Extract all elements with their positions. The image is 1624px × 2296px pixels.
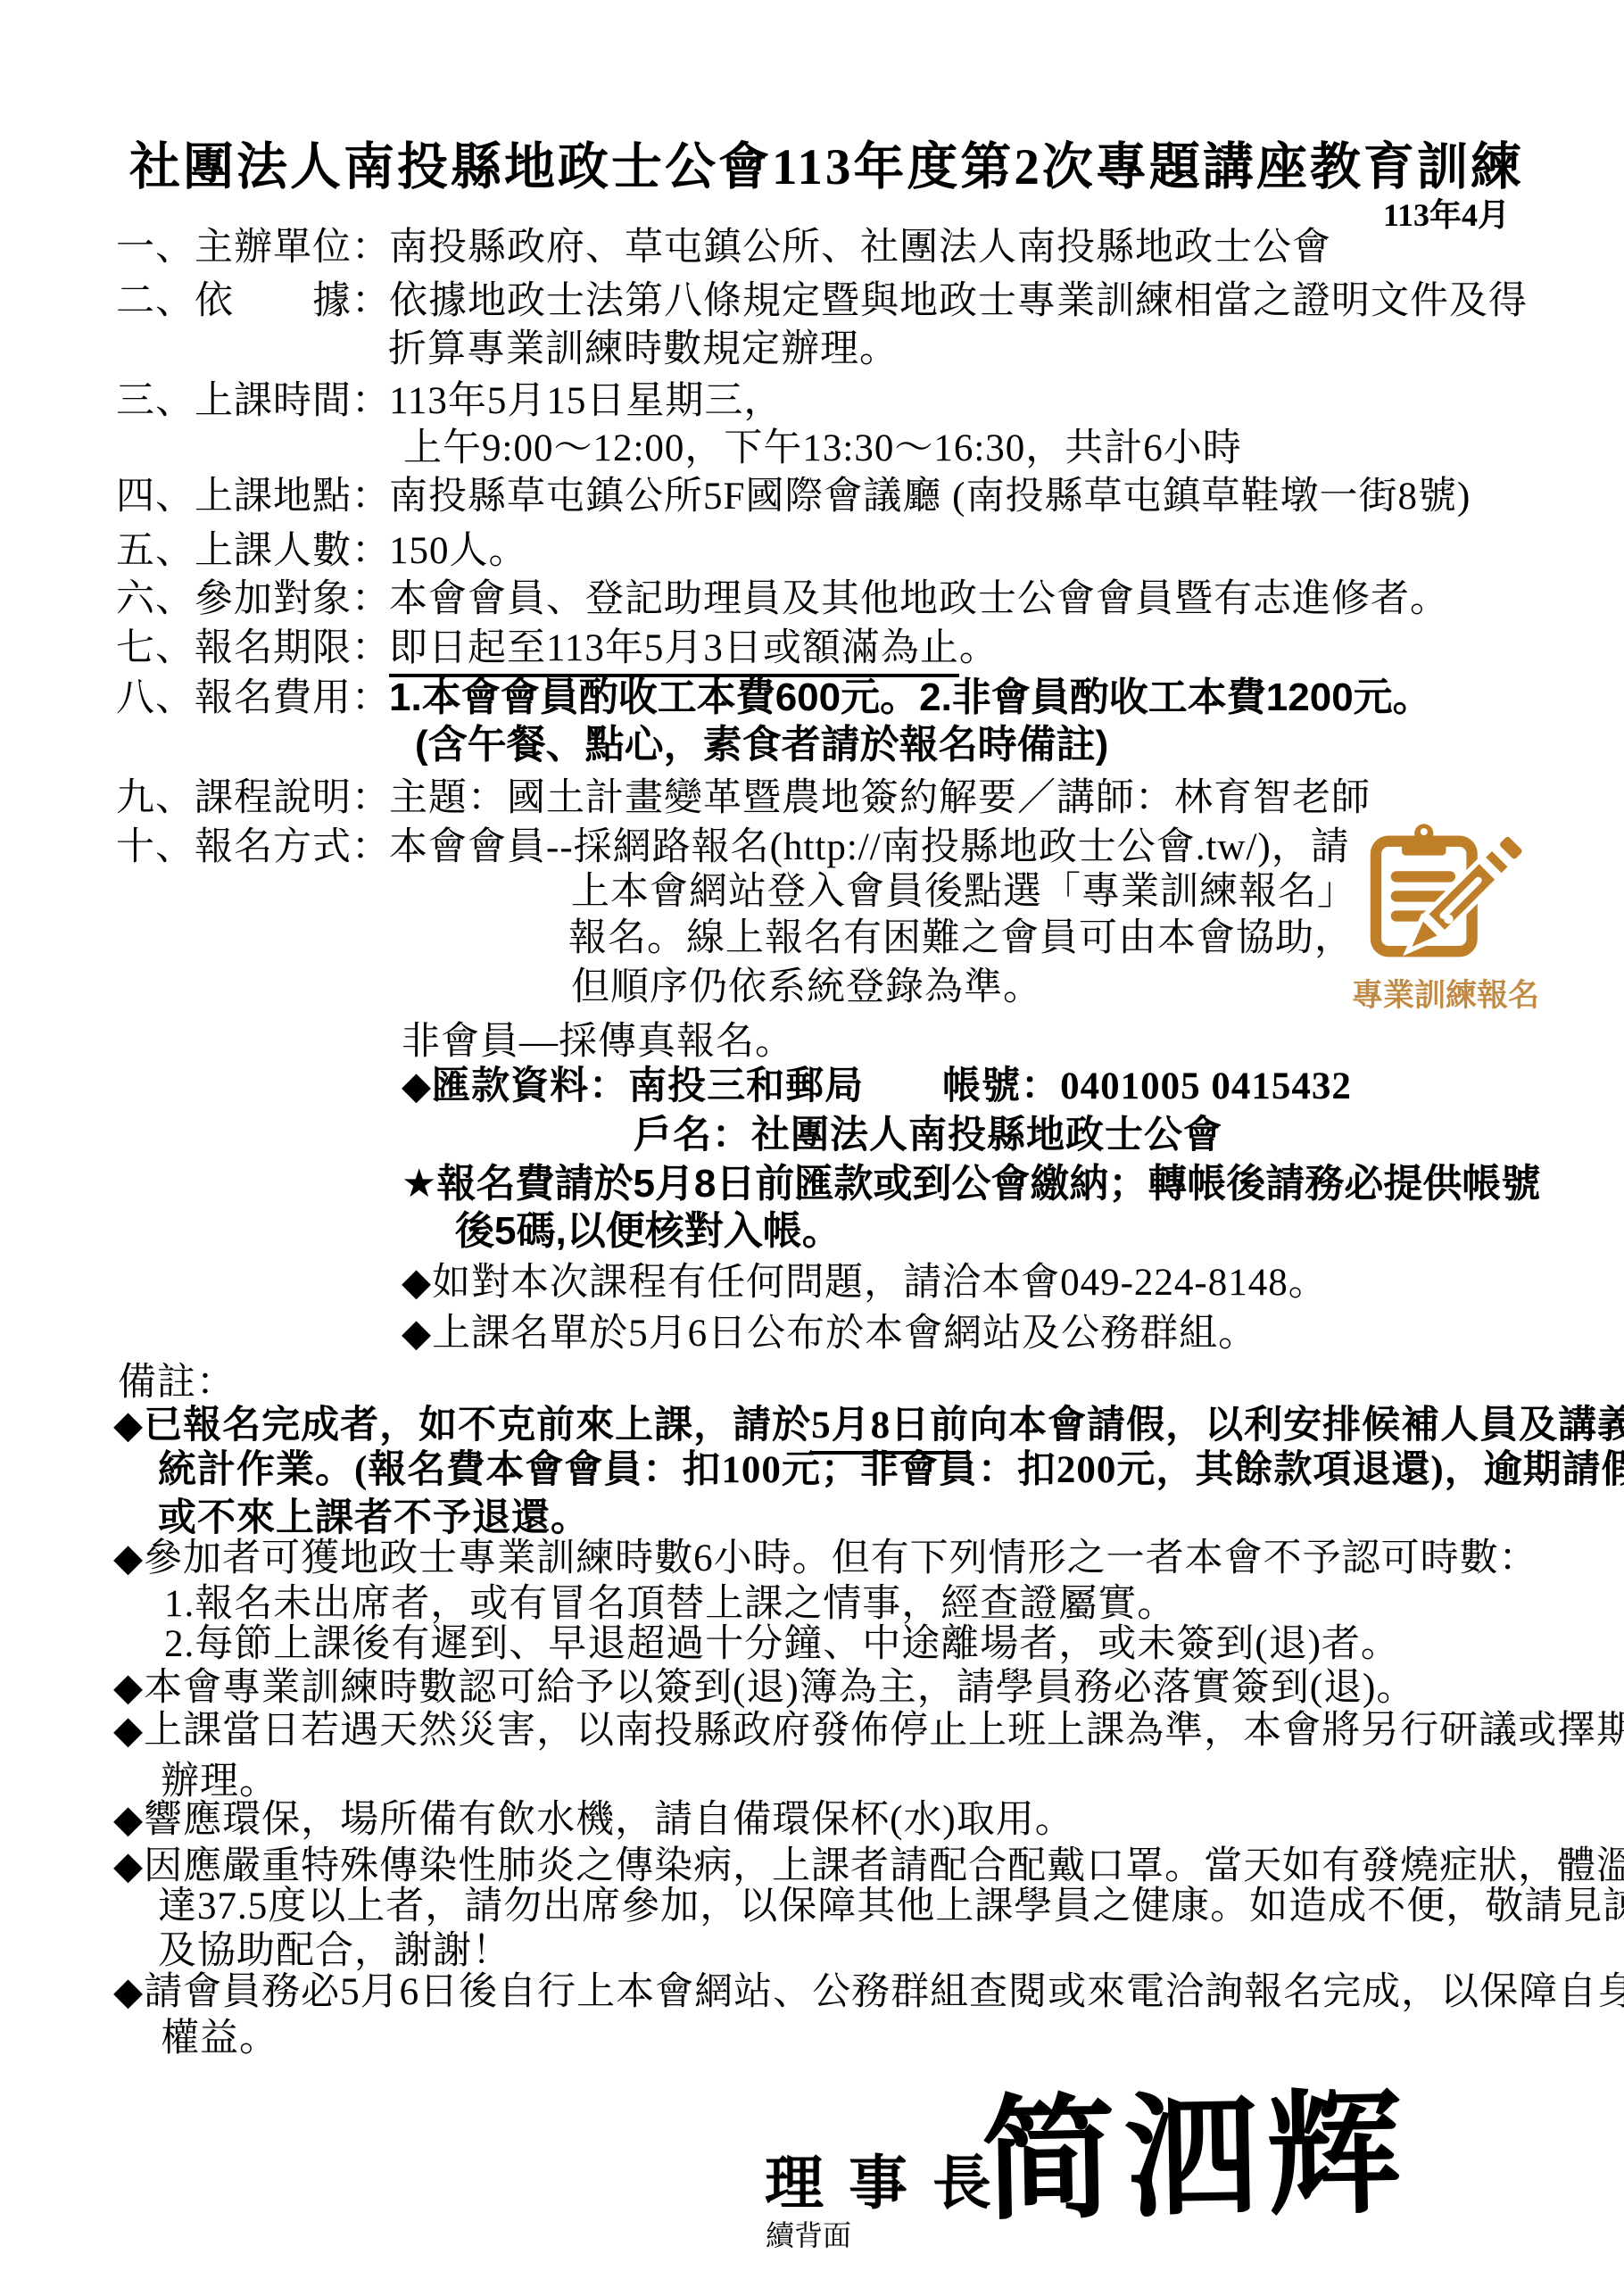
note-3-line: ◆本會專業訓練時數認可給予以簽到(退)簿為主，請學員務必落實簽到(退)。 (113, 1669, 1415, 1707)
item-6: 六、參加對象：本會會員、登記助理員及其他地政士公會會員暨有志進修者。 (116, 580, 1449, 618)
fee-payment-note-line-1: ★報名費請於5月8日前匯款或到公會繳納；轉帳後請務必提供帳號 (402, 1165, 1540, 1204)
item-8: 八、報名費用：1.本會會員酌收工本費600元。2.非會員酌收工本費1200元。 (116, 678, 1432, 717)
note-6-line-3: 及協助配合，謝謝！ (158, 1932, 511, 1970)
note-1-deadline-underlined: 5月8日前 (811, 1405, 969, 1455)
item-1-text: 南投縣政府、草屯鎮公所、社團法人南投縣地政士公會 (389, 227, 1331, 269)
item-2-text-wrap: 折算專業訓練時數規定辦理。 (388, 330, 899, 369)
note-6-line-1: ◆因應嚴重特殊傳染性肺炎之傳染病，上課者請配合配戴口罩。當天如有發燒症狀，體溫 (113, 1847, 1624, 1886)
item-1-label: 一、主辦單位： (116, 228, 389, 267)
note-1-pre: ◆已報名完成者，如不克前來上課，請於 (113, 1405, 811, 1446)
item-7: 七、報名期限：即日起至113年5月3日或額滿為止。 (116, 629, 998, 667)
item-5-label: 五、上課人數： (116, 532, 389, 570)
account-name-line: 戶名：社團法人南投縣地政士公會 (634, 1116, 1222, 1155)
note-1-line-3: 或不來上課者不予退還。 (158, 1499, 590, 1538)
issue-date: 113年4月 (1383, 190, 1510, 236)
item-3-label: 三、上課時間： (116, 382, 389, 420)
note-2-line-3: 2.每節上課後有遲到、早退超過十分鐘、中途離場者，或未簽到(退)者。 (164, 1625, 1400, 1663)
item-6-label: 六、參加對象： (116, 580, 389, 618)
item-8-fees-note: (含午餐、點心，素食者請於報名時備註) (415, 725, 1108, 765)
item-9: 九、課程說明：主題：國土計畫變革暨農地簽約解要／講師：林育智老師 (116, 779, 1371, 817)
fee-payment-note-line-2: 後5碼,以便核對入帳。 (455, 1212, 841, 1251)
note-7-line-2: 權益。 (161, 2019, 278, 2058)
contact-phone-line: ◆如對本次課程有任何問題，請洽本會049-224-8148。 (402, 1264, 1328, 1302)
roster-announcement-line: ◆上課名單於5月6日公布於本會網站及公務群組。 (402, 1314, 1257, 1353)
item-10-text-wrap-3: 但順序仍依系統登錄為準。 (571, 968, 1042, 1007)
note-1-post: 向本會請假，以利安排候補人員及講義 (969, 1405, 1624, 1446)
item-10-label: 十、報名方式： (116, 828, 389, 866)
item-10-text-wrap-2: 報名。線上報名有困難之會員可由本會協助， (568, 919, 1354, 957)
item-6-text: 本會會員、登記助理員及其他地政士公會會員暨有志進修者。 (389, 578, 1449, 620)
item-5-text: 150人。 (389, 530, 528, 572)
item-2-label: 二、依 據： (116, 282, 389, 320)
item-5: 五、上課人數：150人。 (116, 532, 528, 570)
clipboard-icon (1376, 824, 1527, 960)
item-2: 二、依 據：依據地政士法第八條規定暨與地政士專業訓練相當之證明文件及得 (116, 282, 1528, 320)
continued-on-back-note: 續背面 (766, 2213, 851, 2254)
item-10-text: 本會會員--採網路報名(http://南投縣地政士公會.tw/)，請 (389, 826, 1350, 868)
note-6-line-2: 達37.5度以上者，請勿出席參加，以保障其他上課學員之健康。如造成不便，敬請見諒 (158, 1887, 1624, 1926)
item-3-text-wrap: 上午9:00～12:00，下午13:30～16:30，共計6小時 (403, 429, 1242, 468)
note-7-line-1: ◆請會員務必5月6日後自行上本會網站、公務群組查閱或來電洽詢報名完成，以保障自身 (113, 1973, 1624, 2011)
item-9-label: 九、課程說明： (116, 779, 389, 817)
item-7-text-end: 。 (959, 627, 998, 669)
note-5-line: ◆響應環保，場所備有飲水機，請自備環保杯(水)取用。 (113, 1801, 1074, 1839)
chairman-signature: 简泗辉 (980, 2045, 1412, 2245)
note-1-line-2: 統計作業。(報名費本會會員：扣100元；非會員：扣200元，其餘款項退還)，逾期… (158, 1451, 1624, 1489)
training-registration-icon (1360, 819, 1538, 973)
item-4: 四、上課地點：南投縣草屯鎮公所5F國際會議廳 (南投縣草屯鎮草鞋墩一街8號) (116, 477, 1471, 516)
note-4-line-2: 辦理。 (161, 1762, 278, 1801)
chairman-title: 理事長 (765, 2135, 1016, 2220)
item-10: 十、報名方式：本會會員--採網路報名(http://南投縣地政士公會.tw/)，… (116, 828, 1350, 866)
note-1-line-1: ◆已報名完成者，如不克前來上課，請於5月8日前向本會請假，以利安排候補人員及講義 (113, 1406, 1624, 1445)
item-4-text: 南投縣草屯鎮公所5F國際會議廳 (南投縣草屯鎮草鞋墩一街8號) (389, 476, 1471, 518)
remittance-info-line: ◆匯款資料：南投三和郵局 帳號：0401005 0415432 (402, 1067, 1352, 1106)
item-2-text: 依據地政士法第八條規定暨與地政士專業訓練相當之證明文件及得 (389, 280, 1528, 322)
item-8-fees: 1.本會會員酌收工本費600元。2.非會員酌收工本費1200元。 (389, 676, 1432, 719)
item-8-label: 八、報名費用： (116, 679, 389, 717)
training-registration-icon-label: 專業訓練報名 (1346, 971, 1545, 1015)
item-4-label: 四、上課地點： (116, 477, 389, 516)
item-3: 三、上課時間：113年5月15日星期三， (116, 382, 783, 420)
item-9-text: 主題：國土計畫變革暨農地簽約解要／講師：林育智老師 (389, 777, 1371, 819)
page-title: 社團法人南投縣地政士公會113年度第2次專題講座教育訓練 (129, 126, 1557, 199)
item-3-text: 113年5月15日星期三， (389, 380, 783, 422)
item-10-text-wrap-1: 上本會網站登入會員後點選「專業訓練報名」 (571, 873, 1356, 911)
item-7-deadline-underlined: 即日起至113年5月3日或額滿為止 (389, 627, 959, 677)
item-7-label: 七、報名期限： (116, 629, 389, 667)
notes-heading: 備註： (118, 1364, 236, 1402)
note-2-line-2: 1.報名未出席者，或有冒名頂替上課之情事，經查證屬實。 (164, 1585, 1176, 1623)
item-1: 一、主辦單位：南投縣政府、草屯鎮公所、社團法人南投縣地政士公會 (116, 228, 1331, 267)
note-4-line-1: ◆上課當日若遇天然災害，以南投縣政府發佈停止上班上課為準，本會將另行研議或擇期 (113, 1712, 1624, 1750)
fax-registration-line: 非會員—採傳真報名。 (402, 1023, 794, 1061)
note-2-line-1: ◆參加者可獲地政士專業訓練時數6小時。但有下列情形之一者本會不予認可時數： (113, 1539, 1538, 1578)
document-page: 社團法人南投縣地政士公會113年度第2次專題講座教育訓練 113年4月 一、主辦… (0, 0, 1624, 2296)
